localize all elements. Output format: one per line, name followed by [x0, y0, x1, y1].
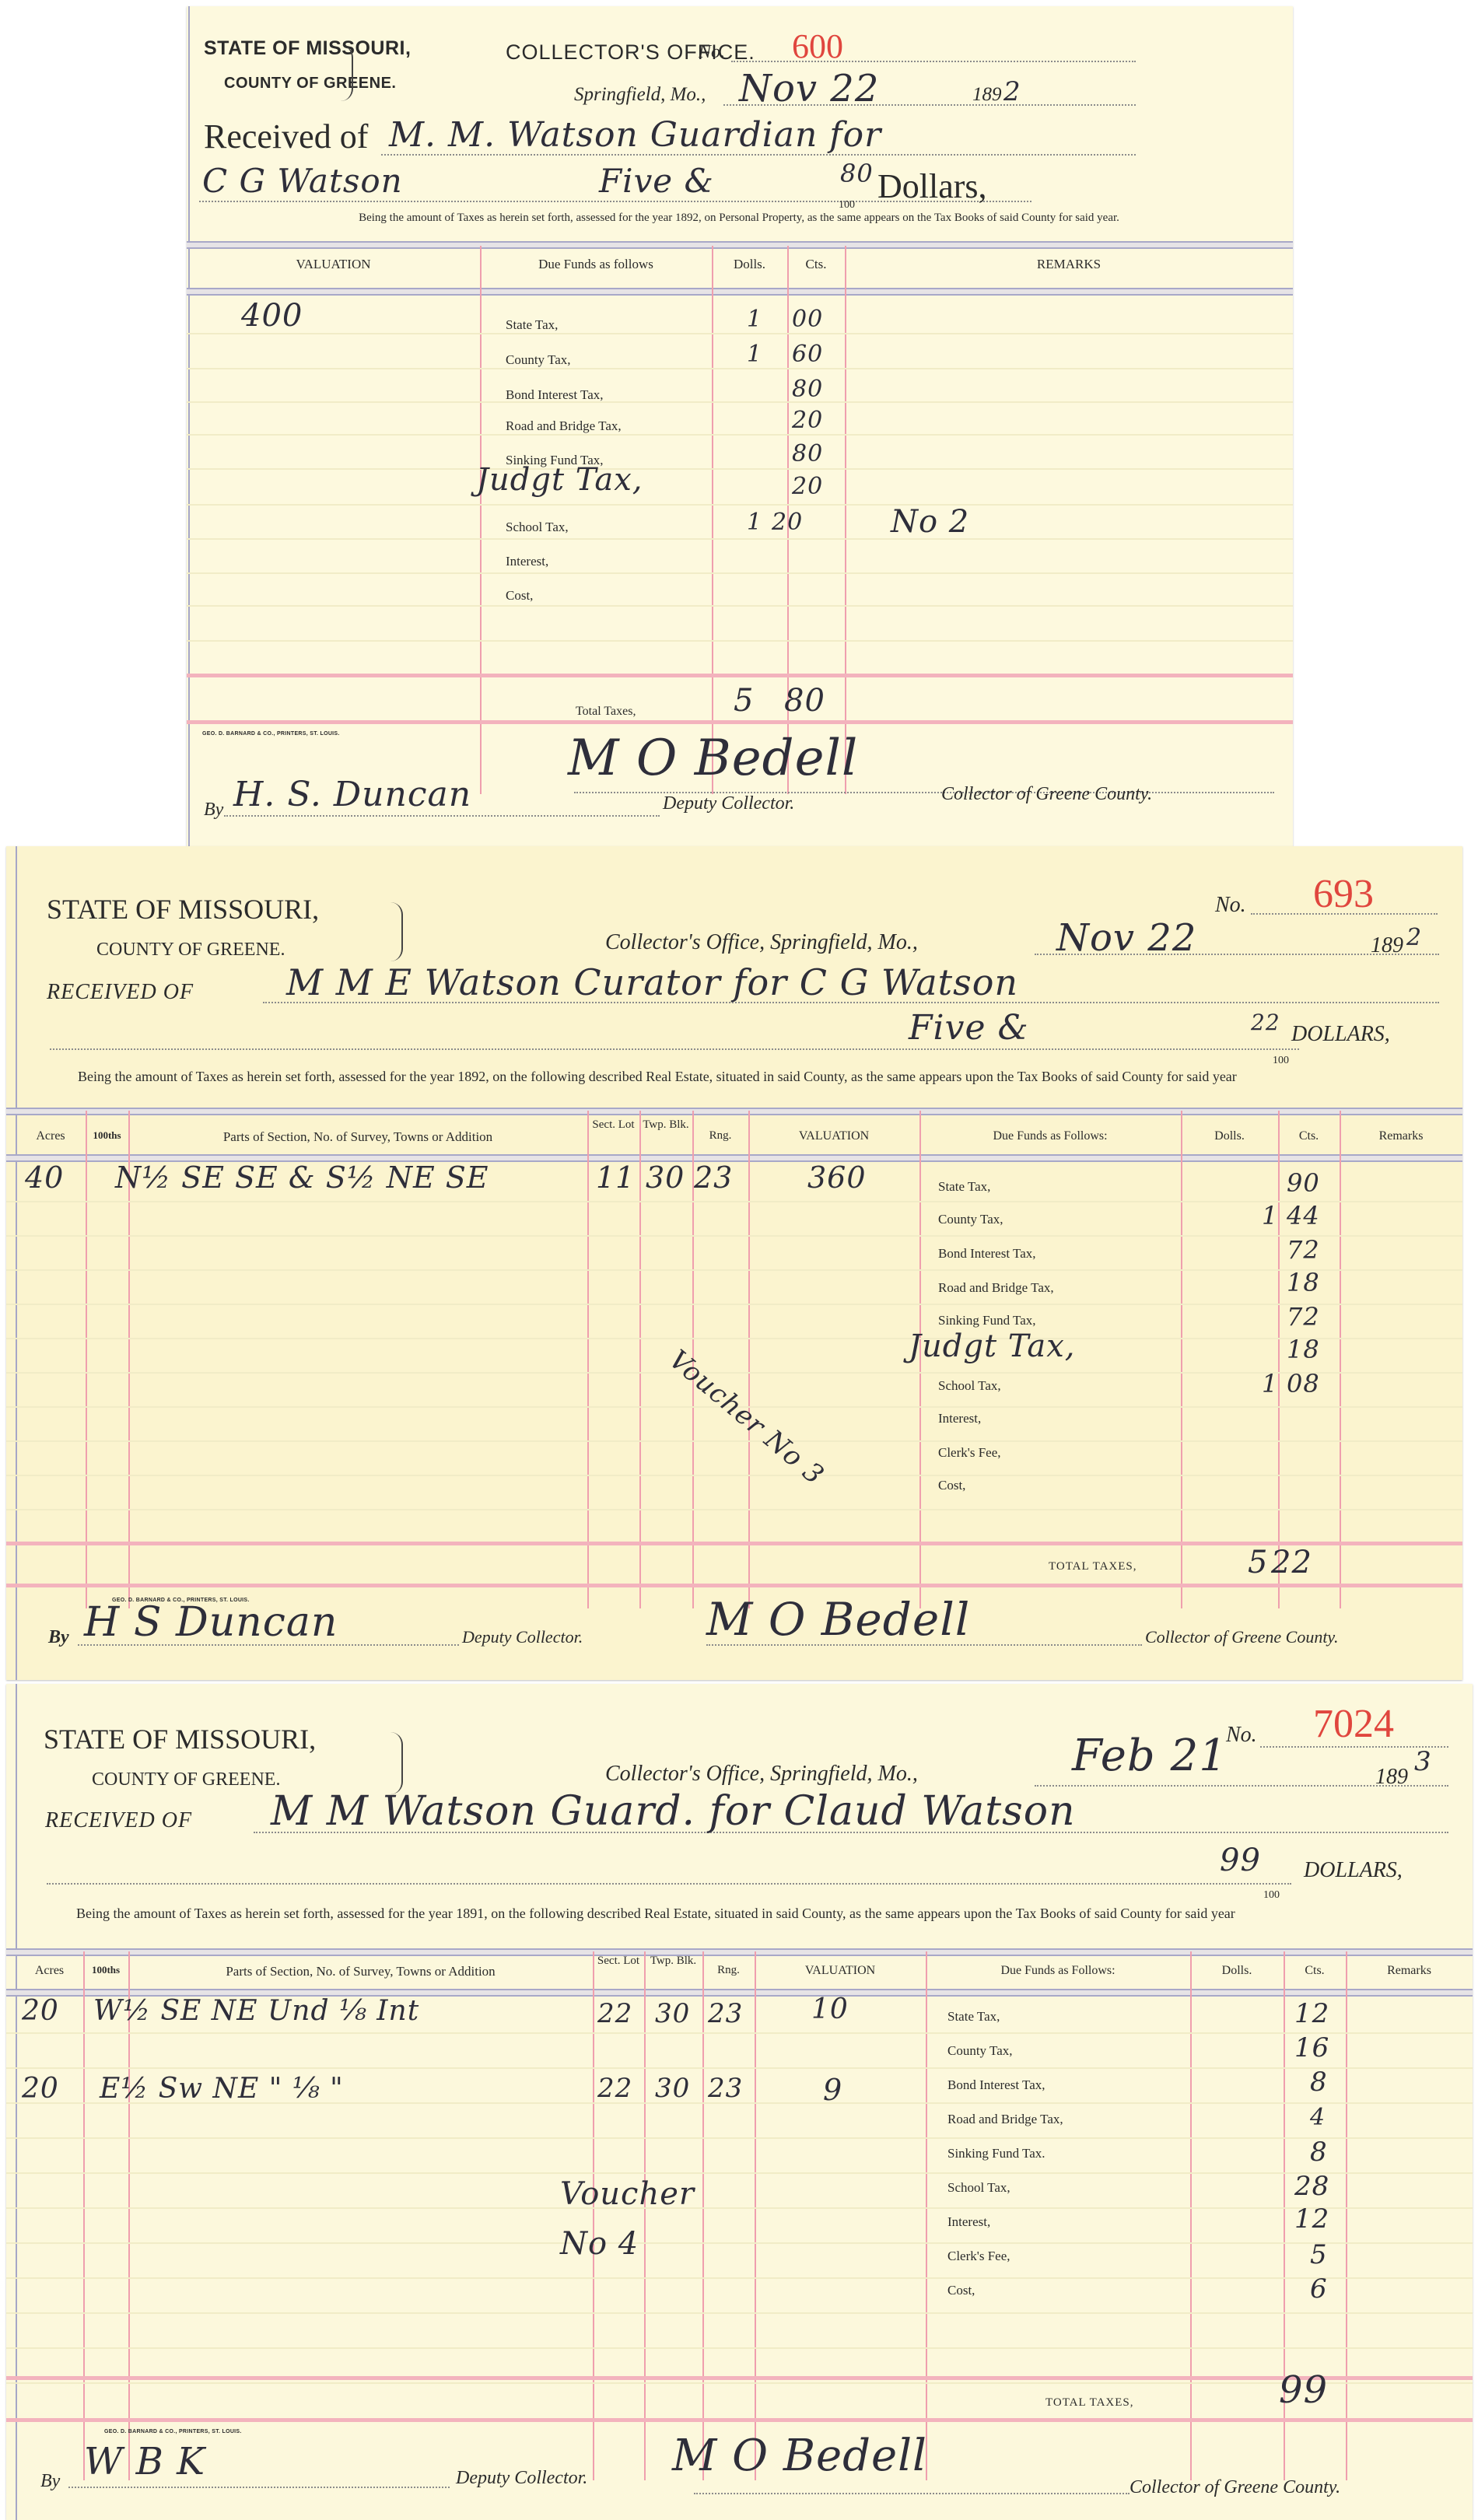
deputy-signature: H S Duncan	[84, 1599, 338, 1646]
received-label: Received of	[204, 117, 368, 156]
receipt-number: 693	[1313, 871, 1374, 917]
tax-cts: 12	[1294, 2203, 1329, 2235]
amount-line	[50, 1048, 1299, 1050]
currency-label: DOLLARS,	[1291, 1022, 1390, 1047]
tax-label: Cost,	[947, 2283, 975, 2298]
remarks-note: No 2	[891, 504, 969, 540]
deputy-line	[68, 2487, 450, 2488]
tax-cts: 72	[1287, 1302, 1320, 1332]
tax-cts: 8	[1310, 2137, 1328, 2168]
land-twp: 30	[646, 1160, 685, 1195]
tax-label: Bond Interest Tax,	[947, 2077, 1045, 2093]
amount-cents: 80	[840, 159, 874, 188]
col-dolls: Dolls.	[1181, 1129, 1278, 1143]
year-printed: 189	[1371, 933, 1403, 958]
collector-label: Collector of Greene County.	[1130, 2477, 1340, 2498]
received-label: RECEIVED OF	[45, 1808, 192, 1833]
col-divider	[712, 246, 713, 794]
county-title: COUNTY OF GREENE.	[92, 1769, 280, 1790]
state-title: STATE OF MISSOURI,	[47, 893, 319, 926]
land-acres: 40	[25, 1160, 64, 1195]
col-cts: Cts.	[1284, 1964, 1346, 1978]
office-title: Collector's Office, Springfield, Mo.,	[605, 930, 918, 955]
total-bottom-rule	[6, 2418, 1473, 2422]
collector-signature: M O Bedell	[568, 730, 858, 787]
col-due-funds: Due Funds as follows	[480, 257, 712, 272]
cents-denominator: 100	[1263, 1889, 1280, 1902]
tax-label: Bond Interest Tax,	[506, 387, 604, 403]
brace	[391, 1732, 403, 1794]
tax-label: Road and Bridge Tax,	[938, 1280, 1054, 1296]
total-top-rule	[6, 2376, 1473, 2380]
total-dolls: 5	[1248, 1545, 1268, 1580]
printer-imprint: GEO. D. BARNARD & CO., PRINTERS, ST. LOU…	[202, 731, 340, 737]
col-hundredths: 100ths	[83, 1964, 128, 1976]
date-handwritten: Feb 21	[1072, 1731, 1228, 1781]
tax-cts: 90	[1287, 1168, 1320, 1198]
receipt-number: 600	[792, 26, 843, 66]
voucher-note: Voucher No 4	[560, 2169, 669, 2269]
land-parts: W½ SE NE Und ⅛ Int	[93, 1995, 419, 2027]
receipt-7024: STATE OF MISSOURI, COUNTY OF GREENE. No.…	[6, 1684, 1473, 2520]
land-parts: N½ SE SE & S½ NE SE	[115, 1160, 489, 1195]
tax-label: Road and Bridge Tax,	[947, 2112, 1063, 2127]
state-title: STATE OF MISSOURI,	[44, 1723, 316, 1755]
by-label: By	[48, 1627, 69, 1648]
total-label: TOTAL TAXES,	[1049, 1560, 1137, 1573]
col-rng: Rng.	[702, 1964, 755, 1977]
brace	[391, 902, 403, 961]
col-cts: Cts.	[787, 257, 845, 272]
county-title: COUNTY OF GREENE.	[224, 75, 397, 93]
cents-denominator: 100	[1273, 1055, 1289, 1067]
col-dolls: Dolls.	[712, 257, 787, 272]
date-handwritten: Nov 22	[739, 67, 879, 110]
tax-label: Interest,	[938, 1411, 981, 1426]
year-printed: 189	[972, 84, 1002, 106]
tax-label: Sinking Fund Tax.	[947, 2146, 1045, 2161]
header-top-rule	[187, 241, 1293, 249]
land-sect: 11	[596, 1160, 635, 1195]
description: Being the amount of Taxes as herein set …	[202, 210, 1276, 226]
land-rng: 23	[708, 2073, 743, 2104]
tax-label: State Tax,	[938, 1179, 990, 1195]
tax-label: Bond Interest Tax,	[938, 1246, 1036, 1262]
tax-cts: 60	[792, 341, 823, 368]
col-twp: Twp. Blk.	[644, 1955, 702, 1967]
tax-label: School Tax,	[938, 1378, 1001, 1394]
office-title: Collector's Office, Springfield, Mo.,	[605, 1762, 918, 1787]
tax-cts: 72	[1287, 1235, 1320, 1265]
col-acres: Acres	[16, 1964, 83, 1978]
land-twp: 30	[655, 2073, 690, 2104]
by-label: By	[40, 2471, 60, 2492]
number-label: No.	[1226, 1723, 1257, 1748]
tax-cts: 8	[1310, 2067, 1328, 2098]
year-handwritten: 2	[1003, 76, 1021, 107]
collector-signature: M O Bedell	[672, 2431, 927, 2481]
tax-label: School Tax,	[947, 2180, 1010, 2196]
col-valuation: VALUATION	[748, 1129, 919, 1143]
amount-words: Five &	[599, 162, 714, 200]
collector-line	[574, 792, 1274, 793]
col-due-funds: Due Funds as Follows:	[919, 1129, 1181, 1143]
received-of-line1: M M E Watson Curator for C G Watson	[286, 961, 1018, 1003]
total-top-rule	[6, 1542, 1462, 1545]
collector-signature: M O Bedell	[706, 1593, 970, 1646]
tax-cts: 00	[792, 306, 823, 333]
amount-cents: 99	[1220, 1843, 1261, 1878]
tax-label: Cost,	[506, 588, 533, 604]
col-acres: Acres	[16, 1129, 86, 1143]
land-twp: 30	[655, 1998, 690, 2029]
brace	[341, 45, 353, 101]
tax-dolls: 1	[747, 509, 762, 536]
tax-cts: 44	[1287, 1201, 1320, 1230]
place-label: Springfield, Mo.,	[574, 84, 706, 106]
land-rng: 23	[694, 1160, 733, 1195]
deputy-signature: H. S. Duncan	[233, 775, 471, 814]
tax-cts: 18	[1287, 1335, 1320, 1364]
col-sect: Sect. Lot	[593, 1955, 644, 1967]
deputy-label: Deputy Collector.	[663, 793, 794, 814]
col-remarks: Remarks	[1340, 1129, 1462, 1143]
total-cts: 99	[1279, 2368, 1328, 2412]
year-handwritten: 2	[1406, 924, 1422, 951]
total-bottom-rule	[187, 720, 1293, 724]
col-rng: Rng.	[692, 1129, 748, 1143]
receipt-number: 7024	[1313, 1701, 1394, 1747]
received-of-line2: C G Watson	[202, 162, 403, 200]
tax-cts: 08	[1287, 1369, 1320, 1398]
tax-label: State Tax,	[506, 317, 558, 333]
year-handwritten: 3	[1414, 1746, 1432, 1777]
total-cts: 80	[784, 683, 825, 719]
receipt-600: STATE OF MISSOURI, COUNTY OF GREENE. COL…	[187, 6, 1293, 846]
col-valuation: VALUATION	[187, 257, 480, 272]
tax-dolls: 1	[1262, 1369, 1278, 1398]
tax-label: County Tax,	[938, 1212, 1003, 1227]
received-of-line1: M M Watson Guard. for Claud Watson	[271, 1788, 1076, 1835]
land-valuation: 9	[823, 2073, 842, 2107]
by-label: By	[204, 800, 223, 821]
col-twp: Twp. Blk.	[639, 1118, 692, 1131]
year-printed: 189	[1375, 1765, 1408, 1790]
receipt-693: STATE OF MISSOURI, COUNTY OF GREENE. No.…	[6, 846, 1462, 1680]
voucher-note: Voucher No 3	[663, 1344, 830, 1491]
land-valuation: 360	[807, 1160, 867, 1195]
state-title: STATE OF MISSOURI,	[204, 37, 411, 60]
total-top-rule	[187, 674, 1293, 677]
col-remarks: Remarks	[1346, 1964, 1473, 1978]
tax-label: Cost,	[938, 1478, 965, 1493]
land-acres: 20	[22, 1995, 59, 2027]
margin-line	[16, 846, 17, 1680]
header-top-rule	[6, 1108, 1462, 1115]
tax-label: State Tax,	[947, 2009, 1000, 2025]
land-rng: 23	[708, 1998, 743, 2029]
tax-cts: 80	[792, 440, 823, 467]
tax-label: Clerk's Fee,	[947, 2249, 1010, 2264]
deputy-label: Deputy Collector.	[456, 2468, 587, 2489]
col-parts: Parts of Section, No. of Survey, Towns o…	[128, 1129, 587, 1145]
tax-cts: 18	[1287, 1268, 1320, 1297]
col-remarks: REMARKS	[845, 257, 1293, 272]
total-dolls: 5	[734, 683, 754, 719]
tax-label: Judgt Tax,	[476, 462, 643, 498]
tax-cts: 28	[1294, 2171, 1329, 2202]
deputy-signature: W B K	[84, 2440, 205, 2483]
description: Being the amount of Taxes as herein set …	[45, 1905, 1461, 1922]
collector-label: Collector of Greene County.	[1145, 1627, 1338, 1647]
land-acres: 20	[22, 2073, 59, 2105]
tax-cts: 20	[792, 407, 823, 434]
tax-cts: 12	[1294, 1998, 1329, 2029]
printer-imprint: GEO. D. BARNARD & CO., PRINTERS, ST. LOU…	[104, 2429, 242, 2434]
amount-words: Five &	[909, 1008, 1029, 1048]
col-parts: Parts of Section, No. of Survey, Towns o…	[128, 1964, 593, 1979]
col-sect: Sect. Lot	[587, 1118, 639, 1131]
amount-line	[47, 1883, 1291, 1885]
col-valuation: VALUATION	[755, 1964, 926, 1978]
tax-label: Judgt Tax,	[909, 1328, 1076, 1364]
tax-label: Interest,	[506, 554, 548, 569]
tax-cts: 5	[1310, 2239, 1328, 2270]
tax-cts: 16	[1294, 2032, 1329, 2063]
valuation-value: 400	[241, 298, 303, 334]
received-of-line1: M. M. Watson Guardian for	[389, 115, 881, 155]
tax-label: Clerk's Fee,	[938, 1445, 1001, 1461]
received-label: RECEIVED OF	[47, 980, 194, 1005]
col-hundredths: 100ths	[86, 1129, 128, 1142]
total-cts: 22	[1271, 1545, 1312, 1580]
collector-label: Collector of Greene County.	[941, 784, 1152, 805]
tax-cts: 20	[792, 473, 823, 500]
col-cts: Cts.	[1278, 1129, 1340, 1143]
land-sect: 22	[597, 2073, 632, 2104]
tax-label: School Tax,	[506, 520, 569, 535]
number-label: No.	[699, 42, 725, 63]
col-divider	[845, 246, 846, 794]
tax-label: Interest,	[947, 2214, 990, 2230]
tax-label: County Tax,	[947, 2043, 1013, 2059]
tax-dolls: 1	[1262, 1201, 1278, 1230]
tax-cts: 4	[1310, 2104, 1326, 2131]
header-top-rule	[6, 1948, 1473, 1956]
tax-label: Road and Bridge Tax,	[506, 418, 622, 434]
tax-cts: 80	[792, 376, 823, 403]
tax-label: County Tax,	[506, 352, 571, 368]
col-divider	[480, 246, 482, 794]
deputy-label: Deputy Collector.	[462, 1627, 583, 1647]
currency-label: Dollars,	[877, 166, 987, 206]
land-parts: E½ Sw NE " ⅛ "	[100, 2073, 344, 2105]
currency-label: DOLLARS,	[1304, 1858, 1403, 1883]
description: Being the amount of Taxes as herein set …	[47, 1068, 1447, 1085]
tax-cts: 20	[772, 509, 803, 536]
total-label: Total Taxes,	[576, 705, 636, 719]
collector-line	[694, 2493, 1130, 2494]
land-sect: 22	[597, 1998, 632, 2029]
total-label: TOTAL TAXES,	[1045, 2396, 1133, 2410]
amount-cents: 22	[1251, 1010, 1280, 1035]
county-title: COUNTY OF GREENE.	[96, 940, 285, 961]
deputy-line	[224, 815, 660, 817]
tax-cts: 6	[1310, 2273, 1328, 2305]
total-bottom-rule	[6, 1584, 1462, 1587]
col-dolls: Dolls.	[1190, 1964, 1284, 1978]
date-handwritten: Nov 22	[1056, 916, 1196, 960]
land-valuation: 10	[811, 1993, 849, 2025]
tax-dolls: 1	[747, 306, 762, 333]
tax-label: Sinking Fund Tax,	[938, 1313, 1036, 1328]
header-bottom-rule	[187, 288, 1293, 296]
tax-dolls: 1	[747, 341, 762, 368]
col-due-funds: Due Funds as Follows:	[926, 1964, 1190, 1978]
number-label: No.	[1215, 893, 1246, 918]
